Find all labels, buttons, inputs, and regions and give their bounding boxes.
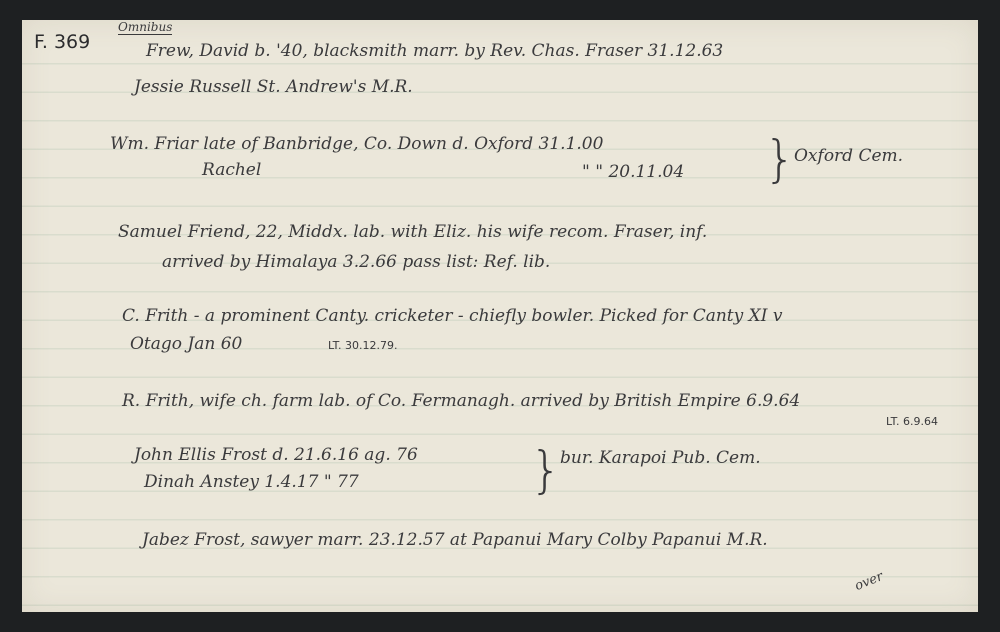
entry-note: LT. 6.9.64 bbox=[886, 416, 938, 427]
entry-line: John Ellis Frost d. 21.6.16 ag. 76 bbox=[134, 447, 418, 464]
entry-line: arrived by Himalaya 3.2.66 pass list: Re… bbox=[162, 254, 550, 271]
entry-line: Wm. Friar late of Banbridge, Co. Down d.… bbox=[110, 136, 603, 153]
entry-line: Rachel bbox=[202, 162, 261, 179]
card-reference: F. 369 bbox=[34, 33, 90, 52]
entry-line: Jabez Frost, sawyer marr. 23.12.57 at Pa… bbox=[142, 532, 768, 549]
index-card: F. 369 Omnibus Frew, David b. '40, black… bbox=[22, 20, 978, 612]
over-note: over bbox=[853, 570, 885, 593]
entry-line: Frew, David b. '40, blacksmith marr. by … bbox=[146, 43, 723, 60]
entry-line: Dinah Anstey 1.4.17 " 77 bbox=[144, 474, 359, 491]
bracket-icon: } bbox=[530, 445, 562, 495]
bracket-icon: } bbox=[764, 134, 796, 184]
entry-line: R. Frith, wife ch. farm lab. of Co. Ferm… bbox=[122, 393, 800, 410]
bracket-note: bur. Karapoi Pub. Cem. bbox=[560, 450, 761, 467]
entry-line: Otago Jan 60 bbox=[130, 336, 242, 353]
card-heading: Omnibus bbox=[118, 21, 172, 35]
entry-note: LT. 30.12.79. bbox=[328, 340, 398, 351]
entry-line: Samuel Friend, 22, Middx. lab. with Eliz… bbox=[118, 224, 707, 241]
entry-line: C. Frith - a prominent Canty. cricketer … bbox=[122, 308, 782, 325]
entry-line: Jessie Russell St. Andrew's M.R. bbox=[134, 79, 413, 96]
bracket-note: Oxford Cem. bbox=[794, 148, 903, 165]
entry-line: " " 20.11.04 bbox=[582, 164, 684, 181]
